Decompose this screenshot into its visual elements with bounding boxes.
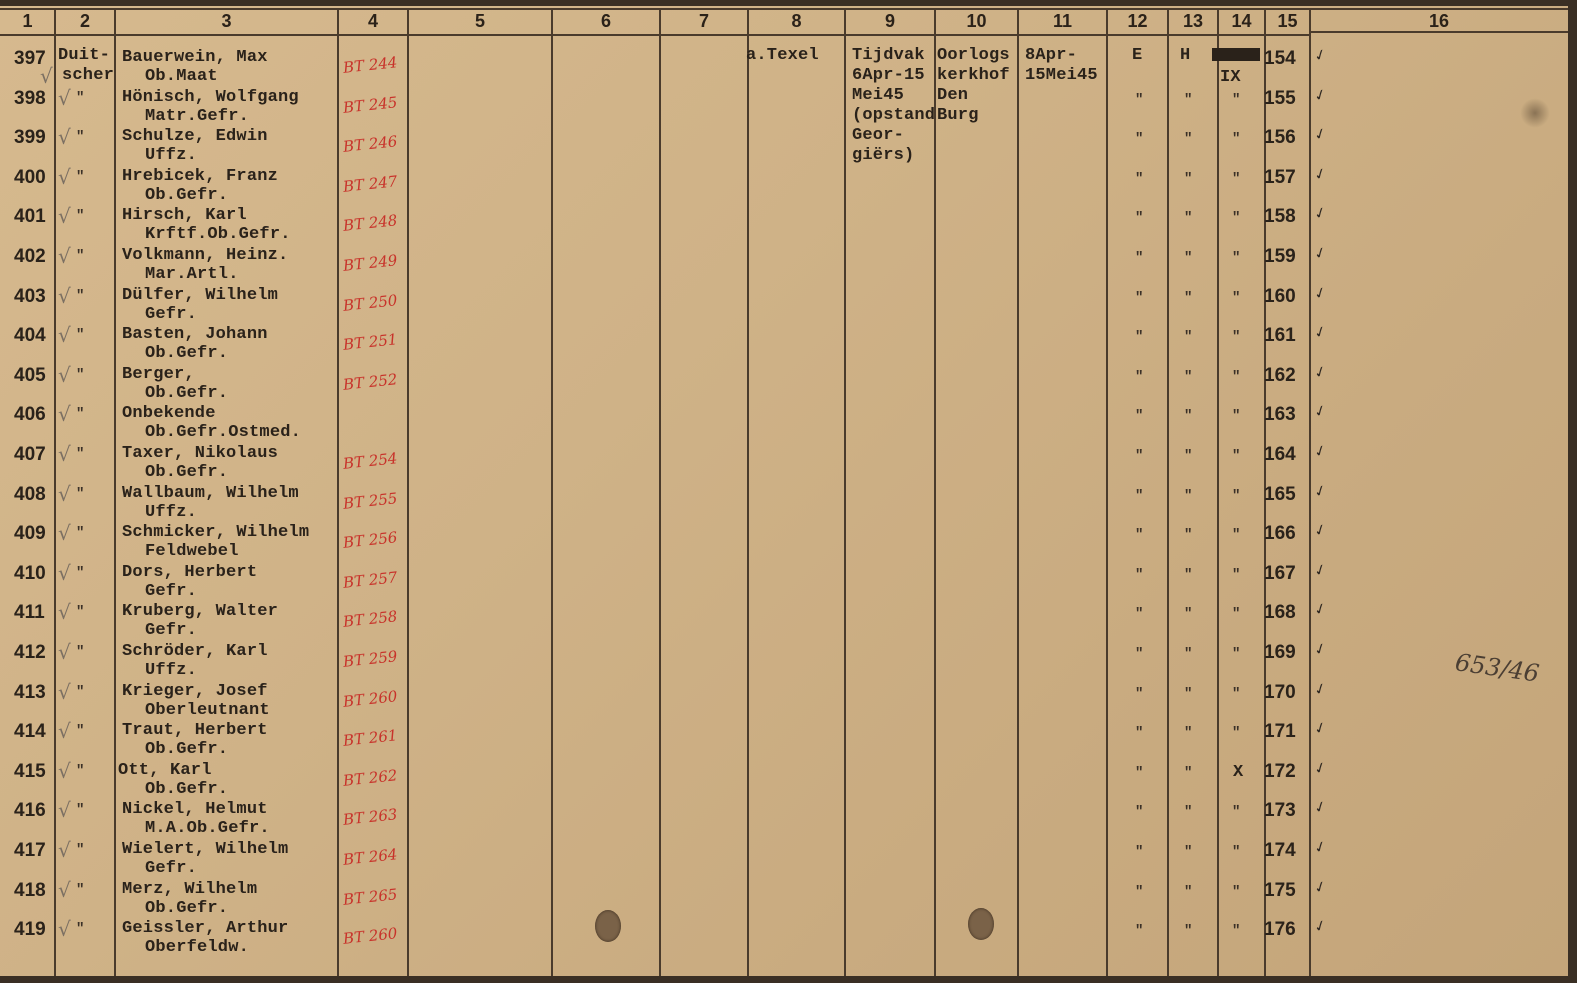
ditto-mark: " <box>76 644 84 660</box>
check-mark: √ <box>58 125 71 149</box>
row-number: 413 <box>14 682 46 704</box>
column-rule <box>1017 10 1019 976</box>
ditto-mark: " <box>1135 369 1143 385</box>
punch-hole <box>595 910 621 942</box>
nationality-cell-cont: scher <box>62 66 114 86</box>
row-number: 412 <box>14 642 46 664</box>
ditto-mark: " <box>76 763 84 779</box>
grave-code: BT 257 <box>342 568 398 592</box>
ditto-mark: " <box>1232 290 1240 306</box>
tick-mark: ✓ <box>1311 559 1329 580</box>
check-mark: √ <box>58 759 71 783</box>
nationality-cell: Duit- <box>58 46 110 66</box>
ditto-mark: " <box>1232 329 1240 345</box>
person-rank: Krftf.Ob.Gefr. <box>145 225 291 245</box>
header-divider <box>0 34 1310 36</box>
grave-code: BT 260 <box>342 687 398 711</box>
person-name: Krieger, Josef <box>122 682 268 702</box>
ditto-mark: " <box>76 525 84 541</box>
column-rule <box>747 10 749 976</box>
check-mark: √ <box>58 917 71 941</box>
tick-mark: ✓ <box>1311 84 1329 105</box>
ditto-mark: " <box>1232 884 1240 900</box>
person-name: Berger, <box>122 365 195 385</box>
grave-code: BT 258 <box>342 608 398 632</box>
row-number: 414 <box>14 721 46 743</box>
grave-code: BT 246 <box>342 132 398 156</box>
ditto-mark: " <box>76 288 84 304</box>
col14-value: IX <box>1220 68 1241 88</box>
check-mark: √ <box>58 323 71 347</box>
person-name: Kruberg, Walter <box>122 602 278 622</box>
column-header-9: 9 <box>845 8 935 34</box>
ditto-mark: " <box>1232 250 1240 266</box>
ditto-mark: " <box>76 684 84 700</box>
sequence-number: 164 <box>1264 444 1296 466</box>
column-rule <box>551 10 553 976</box>
ditto-mark: " <box>76 921 84 937</box>
grave-code: BT 265 <box>342 885 398 909</box>
tick-mark: ✓ <box>1311 440 1329 461</box>
person-rank: Ob.Gefr. <box>145 899 228 919</box>
col13-value: H <box>1180 46 1190 66</box>
ditto-mark: " <box>1184 329 1192 345</box>
grave-code: BT 248 <box>342 212 398 236</box>
ditto-mark: " <box>1184 448 1192 464</box>
ditto-mark: " <box>1135 290 1143 306</box>
ditto-mark: " <box>1232 567 1240 583</box>
col12-value: E <box>1132 46 1142 66</box>
check-mark: √ <box>58 719 71 743</box>
check-mark: √ <box>58 878 71 902</box>
row-number: 410 <box>14 563 46 585</box>
row-number: 411 <box>14 602 45 624</box>
person-rank: Feldwebel <box>145 542 239 562</box>
ditto-mark: " <box>1184 171 1192 187</box>
person-name: Hirsch, Karl <box>122 206 247 226</box>
sequence-number: 171 <box>1264 721 1296 743</box>
ditto-mark: " <box>1135 488 1143 504</box>
column-rule <box>659 10 661 976</box>
ditto-mark: " <box>1135 567 1143 583</box>
sequence-number: 161 <box>1264 325 1296 347</box>
person-rank: Ob.Maat <box>145 67 218 87</box>
column-rule <box>1106 10 1108 976</box>
row-number: 407 <box>14 444 46 466</box>
column-rule <box>1309 10 1311 976</box>
sequence-number: 170 <box>1264 682 1296 704</box>
sequence-number: 163 <box>1264 404 1296 426</box>
person-name: Dors, Herbert <box>122 563 257 583</box>
check-mark: √ <box>58 442 71 466</box>
ditto-mark: " <box>1232 606 1240 622</box>
ditto-mark: " <box>1135 606 1143 622</box>
row-number: 402 <box>14 246 46 268</box>
person-rank: Ob.Gefr. <box>145 384 228 404</box>
ditto-mark: " <box>1135 92 1143 108</box>
person-name: Hrebicek, Franz <box>122 167 278 187</box>
tick-mark: ✓ <box>1311 361 1329 382</box>
sequence-number: 176 <box>1264 919 1296 941</box>
ditto-mark: " <box>1184 92 1192 108</box>
ditto-mark: " <box>1135 329 1143 345</box>
check-mark: √ <box>58 600 71 624</box>
tick-mark: ✓ <box>1311 876 1329 897</box>
ditto-mark: " <box>1135 646 1143 662</box>
ditto-mark: " <box>1184 408 1192 424</box>
column-rule <box>1217 10 1219 976</box>
struck-through-text <box>1212 48 1260 61</box>
ditto-mark: " <box>76 802 84 818</box>
ditto-mark: " <box>1135 250 1143 266</box>
tick-mark: ✓ <box>1311 124 1329 145</box>
person-name: Ott, Karl <box>118 761 212 781</box>
sequence-number: 158 <box>1264 206 1296 228</box>
person-rank: Matr.Gefr. <box>145 107 249 127</box>
person-name: Traut, Herbert <box>122 721 268 741</box>
ditto-mark: " <box>76 327 84 343</box>
column-rule <box>114 10 116 976</box>
sequence-number: 174 <box>1264 840 1296 862</box>
ditto-mark: " <box>1184 527 1192 543</box>
column-header-3: 3 <box>115 8 338 34</box>
row-number: 398 <box>14 88 46 110</box>
person-rank: Uffz. <box>145 503 197 523</box>
grave-code: BT 264 <box>342 845 398 869</box>
person-name: Schulze, Edwin <box>122 127 268 147</box>
ditto-mark: " <box>1184 844 1192 860</box>
ditto-mark: " <box>1184 210 1192 226</box>
grave-code: BT 260 <box>342 924 398 948</box>
row-number: 399 <box>14 127 46 149</box>
sequence-number: 173 <box>1264 800 1296 822</box>
column-header-14: 14 <box>1218 8 1265 34</box>
person-name: Merz, Wilhelm <box>122 880 257 900</box>
person-name: Geissler, Arthur <box>122 919 288 939</box>
col14-mark: X <box>1233 763 1243 783</box>
person-name: Basten, Johann <box>122 325 268 345</box>
check-mark: √ <box>58 561 71 585</box>
person-rank: Uffz. <box>145 661 197 681</box>
ditto-mark: " <box>1184 369 1192 385</box>
ditto-mark: " <box>1184 884 1192 900</box>
person-name: Dülfer, Wilhelm <box>122 286 278 306</box>
column-header-10: 10 <box>935 8 1018 34</box>
tick-mark: ✓ <box>1311 242 1329 263</box>
row-number: 405 <box>14 365 46 387</box>
column-rule <box>1167 10 1169 976</box>
row-number: 418 <box>14 880 46 902</box>
ditto-mark: " <box>1232 210 1240 226</box>
ditto-mark: " <box>1135 884 1143 900</box>
row-number: 415 <box>14 761 46 783</box>
check-mark: √ <box>58 165 71 189</box>
ditto-mark: " <box>1184 686 1192 702</box>
person-rank: Mar.Artl. <box>145 265 239 285</box>
row-number: 406 <box>14 404 46 426</box>
person-rank: Ob.Gefr. <box>145 780 228 800</box>
person-name: Onbekende <box>122 404 216 424</box>
ditto-mark: " <box>1184 131 1192 147</box>
person-rank: Ob.Gefr. <box>145 186 228 206</box>
ditto-mark: " <box>76 406 84 422</box>
ditto-mark: " <box>1232 686 1240 702</box>
person-name: Wielert, Wilhelm <box>122 840 288 860</box>
person-rank: Oberfeldw. <box>145 938 249 958</box>
ditto-mark: " <box>76 248 84 264</box>
tick-mark: ✓ <box>1311 757 1329 778</box>
ditto-mark: " <box>1232 131 1240 147</box>
ditto-mark: " <box>1232 408 1240 424</box>
tick-mark: ✓ <box>1311 480 1329 501</box>
date-cell: 8Apr-15Mei45 <box>1025 46 1098 86</box>
sequence-number: 157 <box>1264 167 1296 189</box>
ditto-mark: " <box>1232 923 1240 939</box>
check-mark: √ <box>58 284 71 308</box>
person-rank: Ob.Gefr.Ostmed. <box>145 423 301 443</box>
tick-mark: ✓ <box>1311 322 1329 343</box>
row-number: 419 <box>14 919 46 941</box>
ditto-mark: " <box>76 446 84 462</box>
ditto-mark: " <box>76 129 84 145</box>
sequence-number: 168 <box>1264 602 1296 624</box>
row-number: 408 <box>14 484 46 506</box>
tick-mark: ✓ <box>1311 797 1329 818</box>
check-mark: √ <box>58 680 71 704</box>
ditto-mark: " <box>76 208 84 224</box>
person-rank: Gefr. <box>145 582 197 602</box>
check-mark: √ <box>58 204 71 228</box>
person-name: Schröder, Karl <box>122 642 268 662</box>
tick-mark: ✓ <box>1311 520 1329 541</box>
grave-code: BT 263 <box>342 806 398 830</box>
ditto-mark: " <box>1184 567 1192 583</box>
grave-code: BT 247 <box>342 172 398 196</box>
ditto-mark: " <box>1135 686 1143 702</box>
sequence-number: 175 <box>1264 880 1296 902</box>
margin-note: 653/46 <box>1453 648 1541 687</box>
place-cell: a.Texel <box>746 46 819 66</box>
check-mark: √ <box>40 64 53 88</box>
row-number: 416 <box>14 800 46 822</box>
column-header-4: 4 <box>338 8 408 34</box>
grave-code: BT 250 <box>342 291 398 315</box>
grave-code: BT 254 <box>342 449 398 473</box>
column-header-2: 2 <box>55 8 115 34</box>
ditto-mark: " <box>1232 92 1240 108</box>
column-header-1: 1 <box>0 8 55 34</box>
ditto-mark: " <box>1184 290 1192 306</box>
tick-mark: ✓ <box>1311 401 1329 422</box>
ditto-mark: " <box>1135 448 1143 464</box>
ditto-mark: " <box>76 565 84 581</box>
column-header-6: 6 <box>552 8 660 34</box>
ditto-mark: " <box>1232 844 1240 860</box>
grave-code: BT 262 <box>342 766 398 790</box>
sequence-number: 166 <box>1264 523 1296 545</box>
column-header-13: 13 <box>1168 8 1218 34</box>
person-rank: Oberleutnant <box>145 701 270 721</box>
tick-mark: ✓ <box>1311 282 1329 303</box>
row-number: 403 <box>14 286 46 308</box>
sequence-number: 165 <box>1264 484 1296 506</box>
ditto-mark: " <box>1135 131 1143 147</box>
column-header-5: 5 <box>408 8 552 34</box>
column-header-16: 16 <box>1310 8 1568 34</box>
person-name: Nickel, Helmut <box>122 800 268 820</box>
check-mark: √ <box>58 482 71 506</box>
person-name: Bauerwein, Max <box>122 48 268 68</box>
grave-code: BT 245 <box>342 93 398 117</box>
tick-mark: ✓ <box>1311 638 1329 659</box>
sequence-number: 155 <box>1264 88 1296 110</box>
ditto-mark: " <box>1135 171 1143 187</box>
ditto-mark: " <box>76 604 84 620</box>
sequence-number: 156 <box>1264 127 1296 149</box>
ditto-mark: " <box>1232 171 1240 187</box>
ditto-mark: " <box>1184 804 1192 820</box>
check-mark: √ <box>58 640 71 664</box>
tick-mark: ✓ <box>1311 836 1329 857</box>
ditto-mark: " <box>76 842 84 858</box>
period-cell: Tijdvak6Apr-15Mei45(opstandGeor-giërs) <box>852 46 935 166</box>
person-rank: Uffz. <box>145 146 197 166</box>
person-rank: Ob.Gefr. <box>145 344 228 364</box>
column-header-11: 11 <box>1018 8 1107 34</box>
ditto-mark: " <box>1232 646 1240 662</box>
column-header-12: 12 <box>1107 8 1168 34</box>
person-name: Wallbaum, Wilhelm <box>122 484 299 504</box>
ditto-mark: " <box>76 90 84 106</box>
ditto-mark: " <box>76 367 84 383</box>
column-rule <box>407 10 409 976</box>
tick-mark: ✓ <box>1311 916 1329 937</box>
check-mark: √ <box>58 86 71 110</box>
ditto-mark: " <box>1135 210 1143 226</box>
tick-mark: ✓ <box>1311 44 1329 65</box>
ditto-mark: " <box>1135 844 1143 860</box>
ditto-mark: " <box>1135 725 1143 741</box>
person-name: Volkmann, Heinz. <box>122 246 288 266</box>
person-name: Taxer, Nikolaus <box>122 444 278 464</box>
column-rule <box>54 10 56 976</box>
sequence-number: 160 <box>1264 286 1296 308</box>
column-rule <box>844 10 846 976</box>
ditto-mark: " <box>1232 448 1240 464</box>
sequence-number: 169 <box>1264 642 1296 664</box>
sequence-number: 167 <box>1264 563 1296 585</box>
grave-code: BT 255 <box>342 489 398 513</box>
ditto-mark: " <box>1184 488 1192 504</box>
sequence-number: 159 <box>1264 246 1296 268</box>
grave-code: BT 244 <box>342 53 398 77</box>
ditto-mark: " <box>1184 606 1192 622</box>
tick-mark: ✓ <box>1311 599 1329 620</box>
person-rank: Ob.Gefr. <box>145 740 228 760</box>
sequence-number: 154 <box>1264 48 1296 70</box>
ditto-mark: " <box>1184 250 1192 266</box>
ditto-mark: " <box>1232 488 1240 504</box>
column-rule <box>337 10 339 976</box>
ledger-sheet: 12345678910111213141516 397√Bauerwein, M… <box>0 6 1568 976</box>
person-rank: Ob.Gefr. <box>145 463 228 483</box>
check-mark: √ <box>58 838 71 862</box>
ditto-mark: " <box>1232 725 1240 741</box>
grave-code: BT 249 <box>342 251 398 275</box>
tick-mark: ✓ <box>1311 678 1329 699</box>
ditto-mark: " <box>76 882 84 898</box>
check-mark: √ <box>58 521 71 545</box>
ditto-mark: " <box>1184 765 1192 781</box>
row-number: 417 <box>14 840 46 862</box>
person-rank: Gefr. <box>145 305 197 325</box>
grave-code: BT 256 <box>342 528 398 552</box>
ditto-mark: " <box>1135 527 1143 543</box>
ditto-mark: " <box>1184 646 1192 662</box>
punch-hole <box>968 908 994 940</box>
ditto-mark: " <box>1135 765 1143 781</box>
grave-code: BT 251 <box>342 330 398 354</box>
row-number: 401 <box>14 206 46 228</box>
ditto-mark: " <box>1232 369 1240 385</box>
check-mark: √ <box>58 244 71 268</box>
column-header-15: 15 <box>1265 8 1310 34</box>
person-name: Hönisch, Wolfgang <box>122 88 299 108</box>
ditto-mark: " <box>1135 408 1143 424</box>
ditto-mark: " <box>76 723 84 739</box>
sequence-number: 162 <box>1264 365 1296 387</box>
ditto-mark: " <box>76 486 84 502</box>
row-number: 409 <box>14 523 46 545</box>
tick-mark: ✓ <box>1311 163 1329 184</box>
ditto-mark: " <box>1232 527 1240 543</box>
column-header-8: 8 <box>748 8 845 34</box>
ditto-mark: " <box>1135 923 1143 939</box>
ditto-mark: " <box>1184 923 1192 939</box>
person-rank: M.A.Ob.Gefr. <box>145 819 270 839</box>
person-rank: Gefr. <box>145 859 197 879</box>
column-header-7: 7 <box>660 8 748 34</box>
person-name: Schmicker, Wilhelm <box>122 523 309 543</box>
tick-mark: ✓ <box>1311 718 1329 739</box>
check-mark: √ <box>58 798 71 822</box>
ditto-mark: " <box>76 169 84 185</box>
ditto-mark: " <box>1184 725 1192 741</box>
stain <box>1520 98 1550 128</box>
sequence-number: 172 <box>1264 761 1296 783</box>
cemetery-cell: OorlogskerkhofDenBurg <box>937 46 1010 126</box>
row-number: 404 <box>14 325 46 347</box>
ditto-mark: " <box>1135 804 1143 820</box>
grave-code: BT 261 <box>342 726 398 750</box>
grave-code: BT 252 <box>342 370 398 394</box>
tick-mark: ✓ <box>1311 203 1329 224</box>
row-number: 400 <box>14 167 46 189</box>
check-mark: √ <box>58 363 71 387</box>
check-mark: √ <box>58 402 71 426</box>
person-rank: Gefr. <box>145 621 197 641</box>
ditto-mark: " <box>1232 804 1240 820</box>
grave-code: BT 259 <box>342 647 398 671</box>
